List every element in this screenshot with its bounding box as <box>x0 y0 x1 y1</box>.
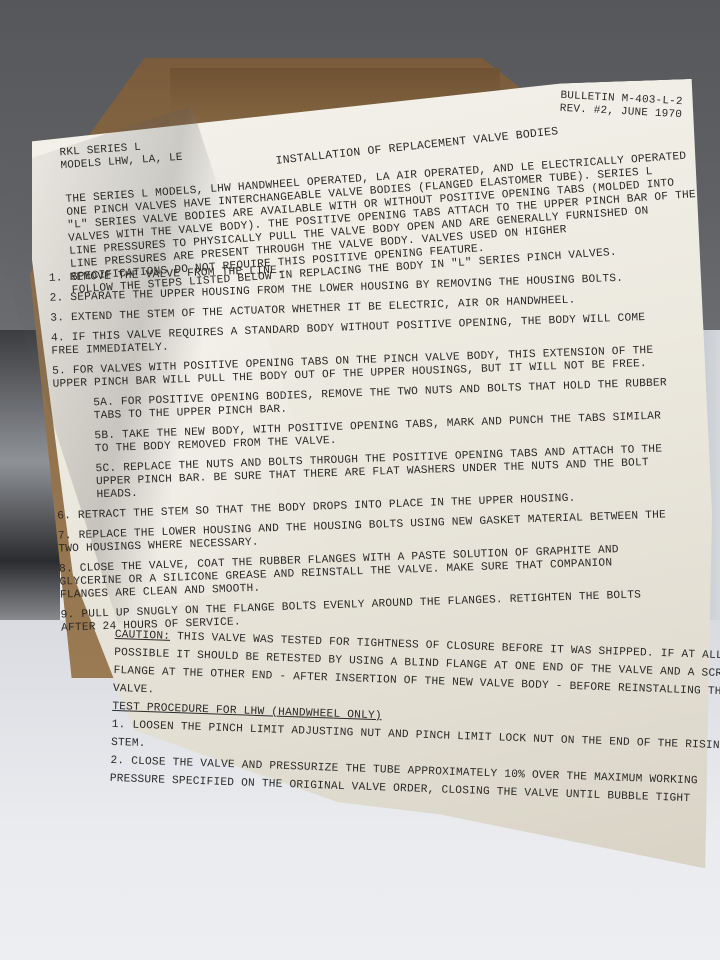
caution-and-test: CAUTION: THIS VALVE WAS TESTED FOR TIGHT… <box>109 629 720 813</box>
caution-label: CAUTION: <box>115 629 171 643</box>
step-list: 1. REMOVE THE VALVE FROM THE LINE.2. SEP… <box>49 251 675 642</box>
